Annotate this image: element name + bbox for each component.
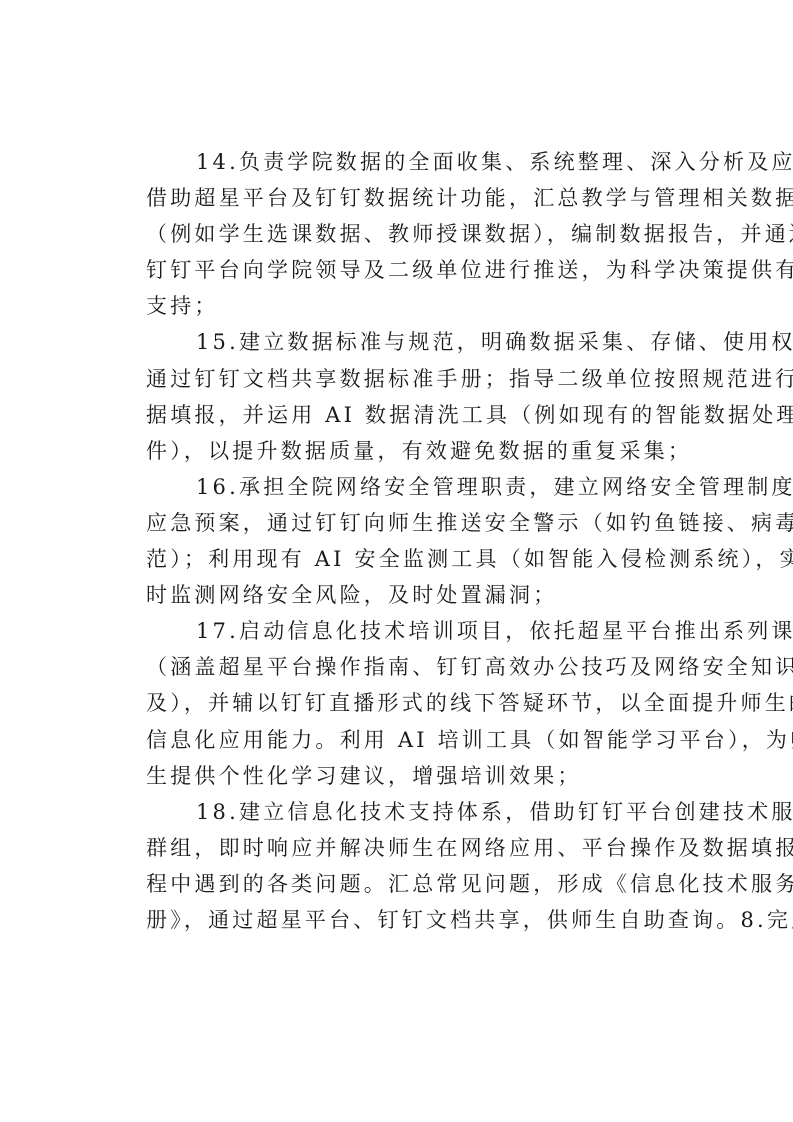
text-line: 15.建立数据标准与规范，明确数据采集、存储、使用权限， <box>96 324 696 360</box>
text-line: 及），并辅以钉钉直播形式的线下答疑环节，以全面提升师生的 <box>96 685 696 721</box>
text-line: 借助超星平台及钉钉数据统计功能，汇总教学与管理相关数据 <box>96 180 696 216</box>
text-line: 册》，通过超星平台、钉钉文档共享，供师生自助查询。8.完成 <box>96 902 696 938</box>
text-line: 群组，即时响应并解决师生在网络应用、平台操作及数据填报过 <box>96 830 696 866</box>
text-line: 17.启动信息化技术培训项目，依托超星平台推出系列课程 <box>96 613 696 649</box>
text-line: 生提供个性化学习建议，增强培训效果； <box>96 758 696 794</box>
paragraph-17: 17.启动信息化技术培训项目，依托超星平台推出系列课程 （涵盖超星平台操作指南、… <box>96 613 696 793</box>
text-line: 钉钉平台向学院领导及二级单位进行推送，为科学决策提供有力 <box>96 252 696 288</box>
paragraph-14: 14.负责学院数据的全面收集、系统整理、深入分析及应用， 借助超星平台及钉钉数据… <box>96 144 696 324</box>
text-line: 18.建立信息化技术支持体系，借助钉钉平台创建技术服务 <box>96 794 696 830</box>
text-line: 程中遇到的各类问题。汇总常见问题，形成《信息化技术服务手 <box>96 866 696 902</box>
paragraph-15: 15.建立数据标准与规范，明确数据采集、存储、使用权限， 通过钉钉文档共享数据标… <box>96 324 696 468</box>
text-line: 14.负责学院数据的全面收集、系统整理、深入分析及应用， <box>96 144 696 180</box>
text-line: 据填报，并运用 AI 数据清洗工具（例如现有的智能数据处理软 <box>96 397 696 433</box>
document-page: 14.负责学院数据的全面收集、系统整理、深入分析及应用， 借助超星平台及钉钉数据… <box>96 144 696 938</box>
text-line: 通过钉钉文档共享数据标准手册；指导二级单位按照规范进行数 <box>96 361 696 397</box>
text-line: 信息化应用能力。利用 AI 培训工具（如智能学习平台），为师 <box>96 722 696 758</box>
text-line: 支持； <box>96 288 696 324</box>
paragraph-16: 16.承担全院网络安全管理职责，建立网络安全管理制度与 应急预案，通过钉钉向师生… <box>96 469 696 613</box>
text-line: 应急预案，通过钉钉向师生推送安全警示（如钓鱼链接、病毒防 <box>96 505 696 541</box>
text-line: （例如学生选课数据、教师授课数据），编制数据报告，并通过 <box>96 216 696 252</box>
paragraph-18: 18.建立信息化技术支持体系，借助钉钉平台创建技术服务 群组，即时响应并解决师生… <box>96 794 696 938</box>
text-line: 范）；利用现有 AI 安全监测工具（如智能入侵检测系统），实 <box>96 541 696 577</box>
text-line: （涵盖超星平台操作指南、钉钉高效办公技巧及网络安全知识普 <box>96 649 696 685</box>
text-line: 时监测网络安全风险，及时处置漏洞； <box>96 577 696 613</box>
text-line: 件），以提升数据质量，有效避免数据的重复采集； <box>96 433 696 469</box>
text-line: 16.承担全院网络安全管理职责，建立网络安全管理制度与 <box>96 469 696 505</box>
